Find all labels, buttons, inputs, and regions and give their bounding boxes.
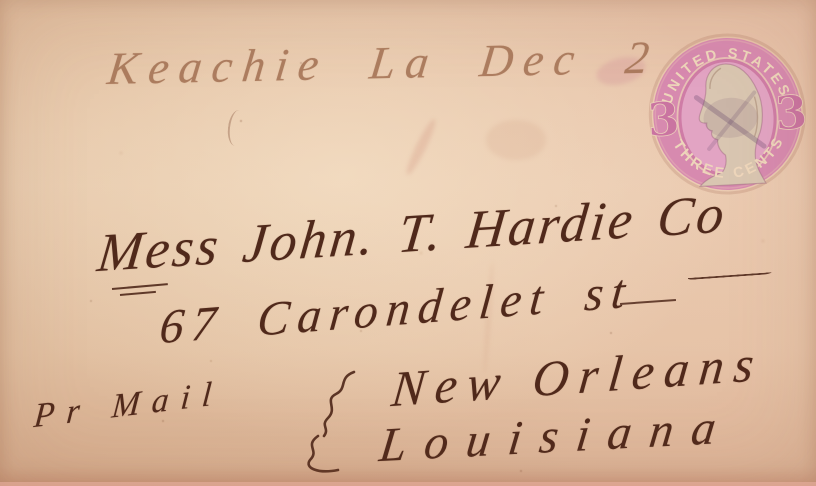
embossed-stamp: UNITED STATES THREE CENTS 3 3 [622,3,816,213]
bottom-edge [0,482,816,486]
manuscript-postmark: Keachie La Dec 2 [105,30,662,95]
address-line-2: 67 Carondelet st [157,263,635,355]
underline-flourish [688,272,772,280]
stamp-numeral-right: 3 [774,85,809,141]
stain-mark [486,120,546,160]
stamp-graphic: UNITED STATES THREE CENTS 3 3 [622,3,816,213]
underline-flourish [120,291,156,296]
endorsement-note: Pr Mail [32,374,225,436]
underline-flourish [112,283,168,290]
brace-marks [298,366,378,481]
faint-pen-mark [226,109,248,147]
paper-specks [0,0,2,2]
brace-icon [309,436,338,471]
envelope-cover: Keachie La Dec 2 UNITED STATES THREE CEN… [0,0,816,486]
stain-mark [403,117,439,177]
brace-icon [324,372,354,436]
stamp-numeral-left: 3 [646,92,681,148]
